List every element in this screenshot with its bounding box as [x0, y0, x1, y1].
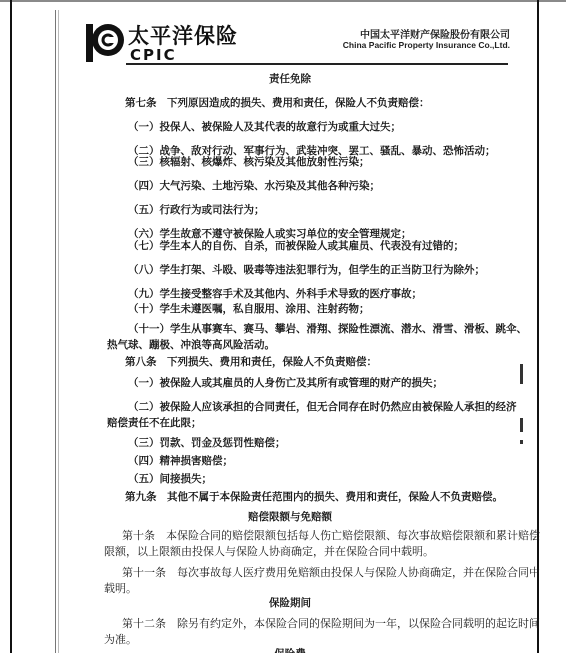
window-left-border [10, 0, 12, 653]
article-7-item: （十）学生未遵医嘱，私自服用、涂用、注射药物； [128, 303, 370, 316]
article-7-item: （八）学生打架、斗殴、吸毒等违法犯罪行为，但学生的正当防卫行为除外； [128, 264, 485, 277]
article-7-item: （九）学生接受整容手术及其他内、外科手术导致的医疗事故； [128, 288, 422, 301]
article-8-item: （五）间接损失； [128, 473, 212, 486]
article-7-heading: 第七条 下列原因造成的损失、费用和责任，保险人不负责赔偿： [125, 97, 430, 110]
article-7-item: （十一）学生从事赛车、赛马、攀岩、滑翔、探险性漂流、潜水、滑雪、滑板、跳伞、 [128, 323, 527, 336]
article-10-line1: 第十条 本保险合同的赔偿限额包括每人伤亡赔偿限额、每次事故赔偿限额和累计赔偿 [122, 529, 540, 542]
section-title-exclusions: 责任免除 [90, 73, 490, 86]
article-11-line2: 载明。 [104, 582, 137, 595]
article-7-item: （四）大气污染、土地污染、水污染及其他各种污染； [128, 180, 380, 193]
letterhead: 太平洋保险 CPIC 中国太平洋财产保险股份有限公司 China Pacific… [82, 10, 532, 64]
brand-name-en: CPIC [130, 46, 177, 64]
article-8-heading: 第八条 下列损失、费用和责任，保险人不负责赔偿： [125, 356, 377, 369]
window-right-border [537, 0, 539, 653]
company-name-en: China Pacific Property Insurance Co.,Ltd… [343, 40, 510, 50]
section-title-premium: 保险费 [90, 648, 490, 653]
scan-page-edge-shadow [58, 10, 59, 653]
article-10-line2: 限额，以上限额由投保人与保险人协商确定，并在保险合同中载明。 [104, 545, 434, 558]
article-9: 第九条 其他不属于本保险责任范围内的损失、费用和责任，保险人不负责赔偿。 [125, 491, 503, 504]
scan-artifact [520, 440, 523, 444]
article-8-item: （一）被保险人或其雇员的人身伤亡及其所有或管理的财产的损失； [128, 377, 443, 390]
section-title-period: 保险期间 [90, 597, 490, 610]
header-divider [126, 63, 508, 65]
article-12-line1: 第十二条 除另有约定外，本保险合同的保险期间为一年，以保险合同载明的起讫时间 [122, 617, 540, 630]
section-title-limits: 赔偿限额与免赔额 [90, 511, 490, 524]
article-7-item-continued: 热气球、蹦极、冲浪等高风险活动。 [107, 339, 275, 352]
article-7-item: （五）行政行为或司法行为； [128, 204, 265, 217]
window-top-border [0, 0, 566, 2]
article-12-line2: 为准。 [104, 633, 137, 646]
cpic-logo-icon [86, 22, 126, 62]
article-7-item: （七）学生本人的自伤、自杀，而被保险人或其雇员、代表没有过错的； [128, 240, 464, 253]
scan-page-edge [55, 10, 56, 653]
article-11-line1: 第十一条 每次事故每人医疗费用免赔额由投保人与保险人协商确定，并在保险合同中 [122, 566, 540, 579]
article-8-item-continued: 赔偿责任不在此限； [107, 417, 202, 430]
company-name-cn: 中国太平洋财产保险股份有限公司 [360, 26, 510, 41]
scan-artifact [520, 364, 523, 384]
scan-artifact [520, 418, 523, 432]
article-8-item: （二）被保险人应该承担的合同责任，但无合同存在时仍然应由被保险人承担的经济 [128, 401, 517, 414]
article-7-item: （三）核辐射、核爆炸、核污染及其他放射性污染； [128, 156, 370, 169]
article-8-item: （四）精神损害赔偿； [128, 455, 233, 468]
article-8-item: （三）罚款、罚金及惩罚性赔偿； [128, 437, 286, 450]
article-7-item: （一）投保人、被保险人及其代表的故意行为或重大过失； [128, 121, 401, 134]
